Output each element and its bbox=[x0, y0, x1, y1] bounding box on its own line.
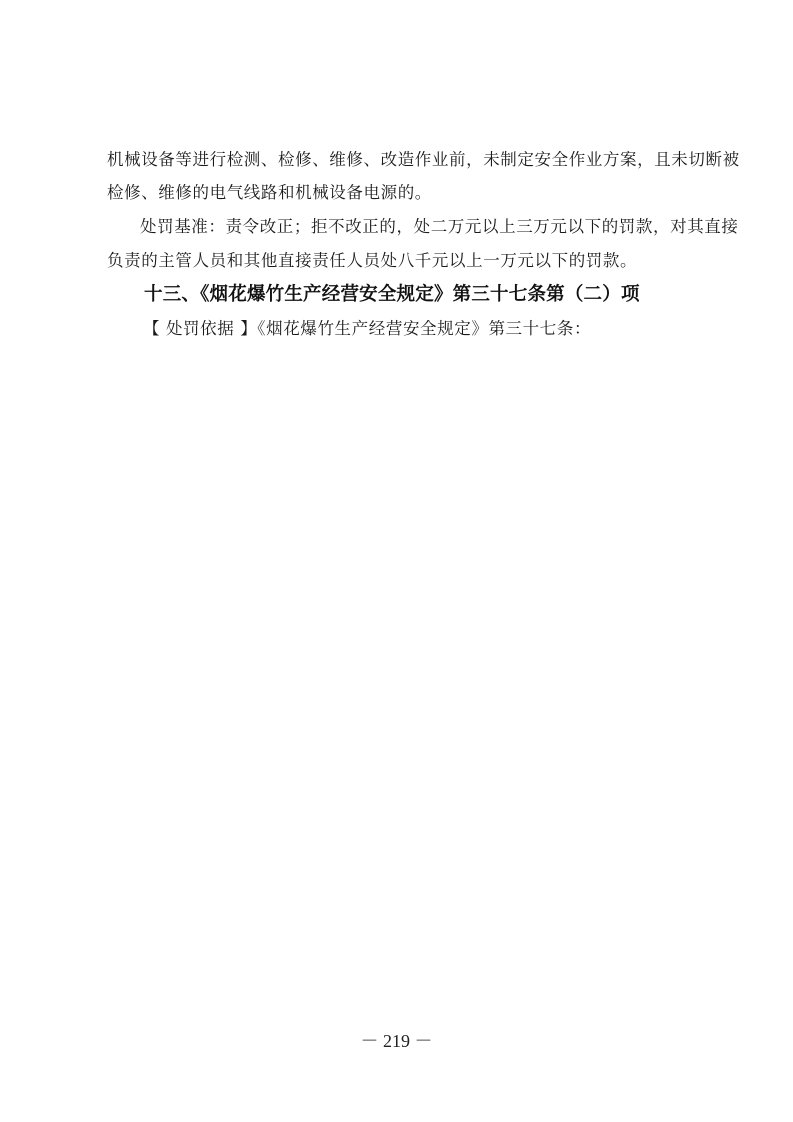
paragraph-line: 机械设备等进行检测、检修、维修、改造作业前，未制定安全作业方案，且未切断被 bbox=[107, 149, 695, 171]
page-number: － 219 － bbox=[0, 1027, 793, 1053]
penalty-basis: 【 处罚依据 】《烟花爆竹生产经营安全规定》第三十七条： bbox=[143, 318, 563, 340]
paragraph-line: 检修、维修的电气线路和机械设备电源的。 bbox=[107, 182, 695, 204]
penalty-standard-line: 处罚基准：责令改正；拒不改正的，处二万元以上三万元以下的罚款，对其直接 bbox=[140, 216, 695, 238]
document-page: 机械设备等进行检测、检修、维修、改造作业前，未制定安全作业方案，且未切断被 检修… bbox=[0, 0, 793, 1122]
penalty-standard-line: 负责的主管人员和其他直接责任人员处八千元以上一万元以下的罚款。 bbox=[107, 250, 695, 272]
section-heading: 十三、《烟花爆竹生产经营安全规定》第三十七条第（二）项 bbox=[144, 282, 664, 308]
